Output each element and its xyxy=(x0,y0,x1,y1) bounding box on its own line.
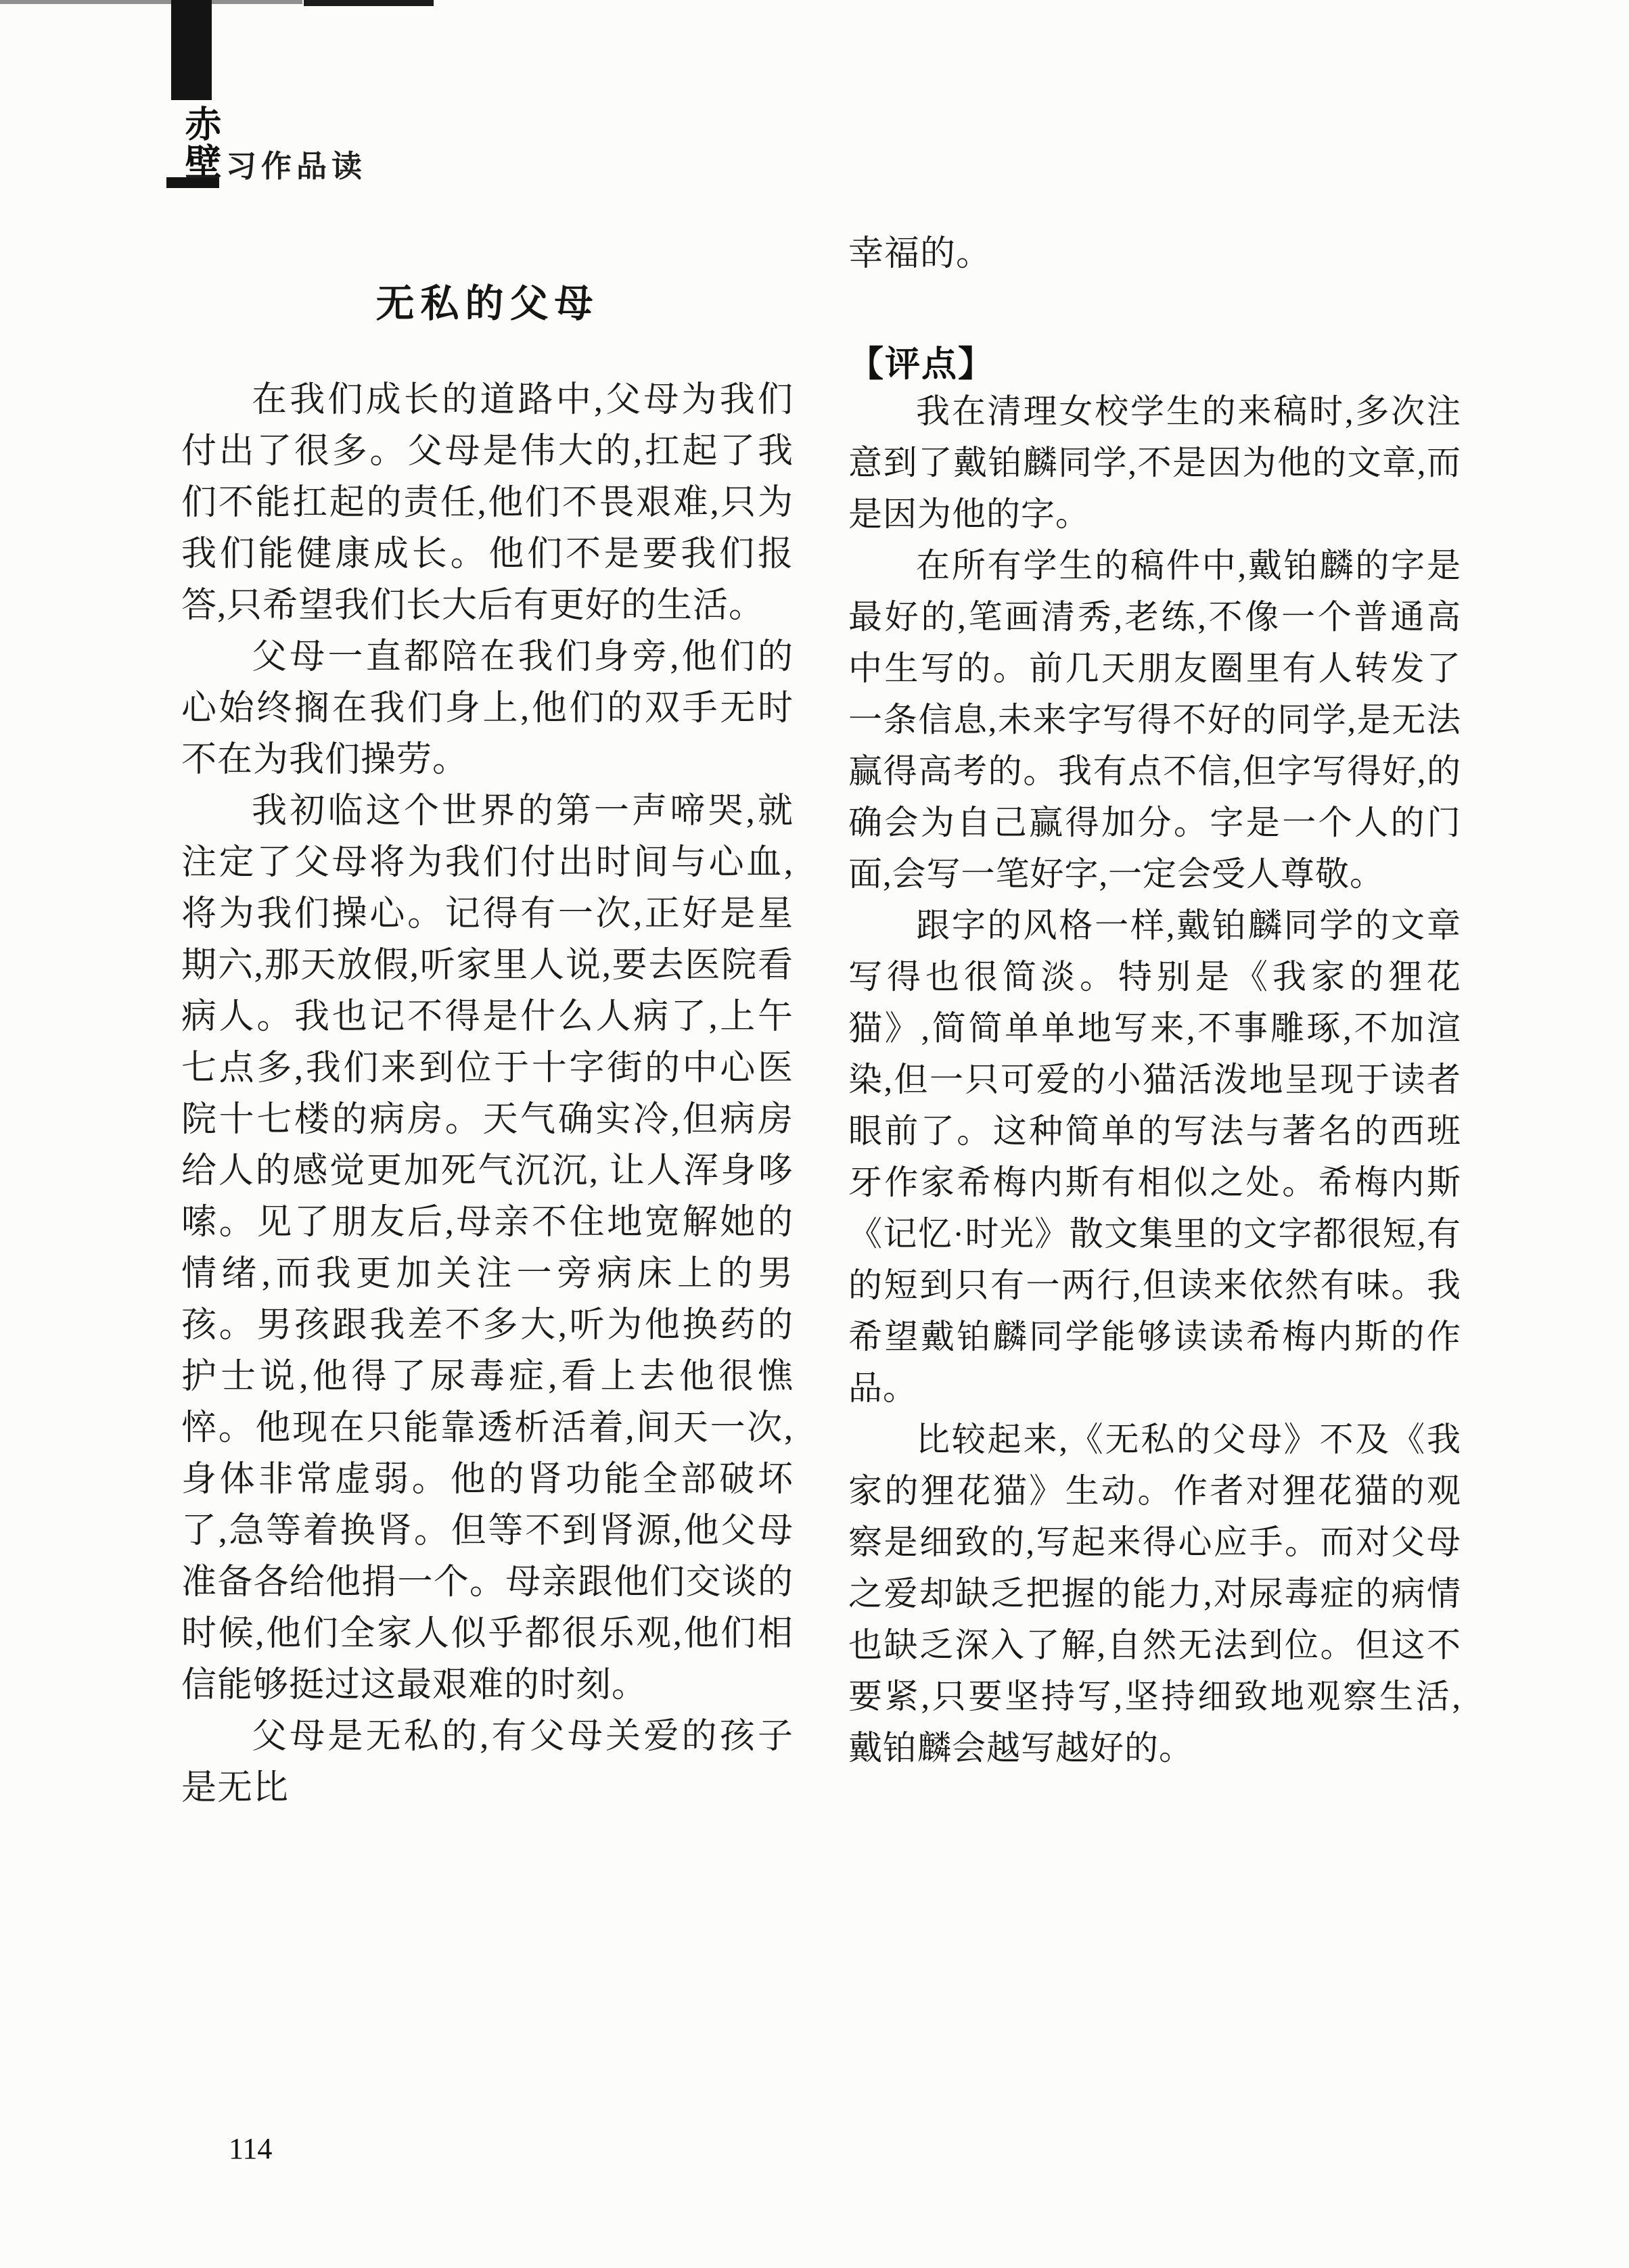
scan-artifact-line-light xyxy=(0,0,302,4)
page-number: 114 xyxy=(229,2132,272,2166)
essay-title: 无私的父母 xyxy=(181,284,794,325)
commentary-paragraph-2: 在所有学生的稿件中,戴铂麟的字是最好的,笔画清秀,老练,不像一个普通高中生写的。… xyxy=(848,540,1461,900)
essay-paragraph-4: 父母是无私的,有父母关爱的孩子是无比 xyxy=(181,1711,794,1814)
magazine-page: 赤壁 习作品读 无私的父母 在我们成长的道路中,父母为我们付出了很多。父母是伟大… xyxy=(0,0,1629,2268)
essay-paragraph-4-continuation: 幸福的。 xyxy=(848,229,1461,280)
masthead-underline-bar xyxy=(166,177,219,188)
section-header: 习作品读 xyxy=(226,149,367,184)
commentary-header: 【评点】 xyxy=(848,344,1461,386)
magazine-logo: 赤壁 xyxy=(165,103,219,183)
scan-artifact-line-dark xyxy=(304,0,434,6)
commentary-paragraph-1: 我在清理女校学生的来稿时,多次注意到了戴铂麟同学,不是因为他的文章,而是因为他的… xyxy=(848,386,1461,540)
commentary-column: 幸福的。 【评点】 我在清理女校学生的来稿时,多次注意到了戴铂麟同学,不是因为他… xyxy=(848,229,1461,1774)
essay-paragraph-2: 父母一直都陪在我们身旁,他们的心始终搁在我们身上,他们的双手无时不在为我们操劳。 xyxy=(181,632,794,786)
essay-paragraph-3: 我初临这个世界的第一声啼哭,就注定了父母将为我们付出时间与心血, 将为我们操心。… xyxy=(181,786,794,1711)
commentary-paragraph-4: 比较起来,《无私的父母》不及《我家的狸花猫》生动。作者对狸花猫的观察是细致的,写… xyxy=(848,1414,1461,1774)
essay-column: 无私的父母 在我们成长的道路中,父母为我们付出了很多。父母是伟大的,扛起了我们不… xyxy=(181,284,794,1814)
masthead-vertical-bar xyxy=(171,0,212,100)
essay-paragraph-1: 在我们成长的道路中,父母为我们付出了很多。父母是伟大的,扛起了我们不能扛起的责任… xyxy=(181,375,794,632)
commentary-paragraph-3: 跟字的风格一样,戴铂麟同学的文章写得也很简淡。特别是《我家的狸花猫》,简简单单地… xyxy=(848,900,1461,1414)
